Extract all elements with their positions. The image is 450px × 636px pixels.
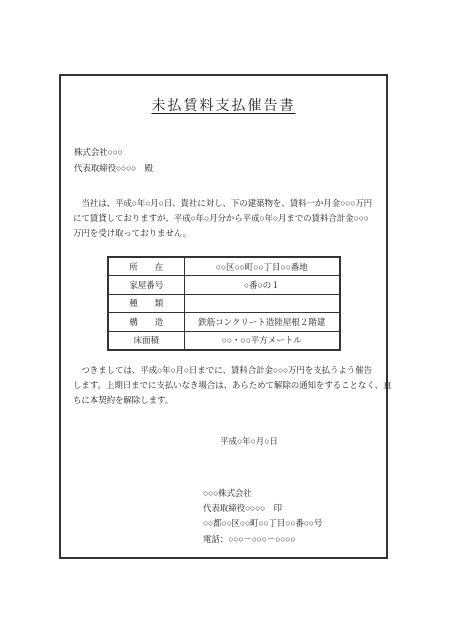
document-title: 未払賃料支払催告書: [61, 95, 386, 115]
row-value: ○番○の１: [184, 276, 340, 295]
table-row-floor-area: 床面積 ○○・○○平方メートル: [108, 331, 340, 350]
paragraph-line: 当社は、平成○年○月○日、貴社に対し、下の建築物を、賃料一か月金○○○万円: [73, 196, 389, 211]
paragraph-line: します。上期日までに支払いなき場合は、あらためて解除の通知をすることなく、直: [73, 378, 389, 393]
paragraph-line: つきましては、平成○年○月○日までに、賃料合計金○○○万円を支払うよう催告: [73, 363, 389, 378]
table-row-house-number: 家屋番号 ○番○の１: [108, 276, 340, 295]
row-value: [184, 294, 340, 313]
paragraph-line: ちに本契約を解除します。: [73, 393, 389, 408]
recipient-block: 株式会社○○○ 代表取締役○○○○ 殿: [74, 145, 153, 176]
row-value: ○○・○○平方メートル: [184, 331, 340, 350]
row-label: 構 造: [108, 313, 184, 332]
document-date: 平成○年○月○日: [220, 435, 278, 447]
recipient-company: 株式会社○○○: [74, 145, 153, 161]
table-row-type: 種 類: [108, 294, 340, 313]
property-table: 所 在 ○○区○○町○○丁目○○番地 家屋番号 ○番○の１ 種 類 構 造 鉄筋…: [107, 256, 341, 351]
row-label: 所 在: [108, 257, 184, 276]
document-page: 未払賃料支払催告書 株式会社○○○ 代表取締役○○○○ 殿 当社は、平成○年○月…: [0, 0, 450, 636]
row-value: 鉄筋コンクリート造陸屋根２階建: [184, 313, 340, 332]
sender-block: ○○○株式会社 代表取締役○○○○ 印 ○○都○○区○○町○○丁目○○番○○号 …: [203, 486, 322, 547]
body-paragraph-1: 当社は、平成○年○月○日、貴社に対し、下の建築物を、賃料一か月金○○○万円 にて…: [73, 196, 389, 242]
paragraph-line: 万円を受け取っておりません。: [73, 226, 389, 241]
table-row-location: 所 在 ○○区○○町○○丁目○○番地: [108, 257, 340, 276]
row-label: 床面積: [108, 331, 184, 350]
body-paragraph-2: つきましては、平成○年○月○日までに、賃料合計金○○○万円を支払うよう催告 しま…: [73, 363, 389, 409]
row-label: 種 類: [108, 294, 184, 313]
row-label: 家屋番号: [108, 276, 184, 295]
document-border-frame: 未払賃料支払催告書 株式会社○○○ 代表取締役○○○○ 殿 当社は、平成○年○月…: [59, 74, 388, 559]
sender-representative: 代表取締役○○○○ 印: [203, 501, 322, 516]
sender-company: ○○○株式会社: [203, 486, 322, 501]
sender-phone: 電話：○○○－○○○－○○○○: [203, 532, 322, 547]
paragraph-line: にて賃貸しておりますが、平成○年○月分から平成○年○月までの賃料合計金○○○: [73, 211, 389, 226]
recipient-representative: 代表取締役○○○○ 殿: [74, 161, 153, 177]
table-row-structure: 構 造 鉄筋コンクリート造陸屋根２階建: [108, 313, 340, 332]
row-value: ○○区○○町○○丁目○○番地: [184, 257, 340, 276]
sender-address: ○○都○○区○○町○○丁目○○番○○号: [203, 516, 322, 531]
